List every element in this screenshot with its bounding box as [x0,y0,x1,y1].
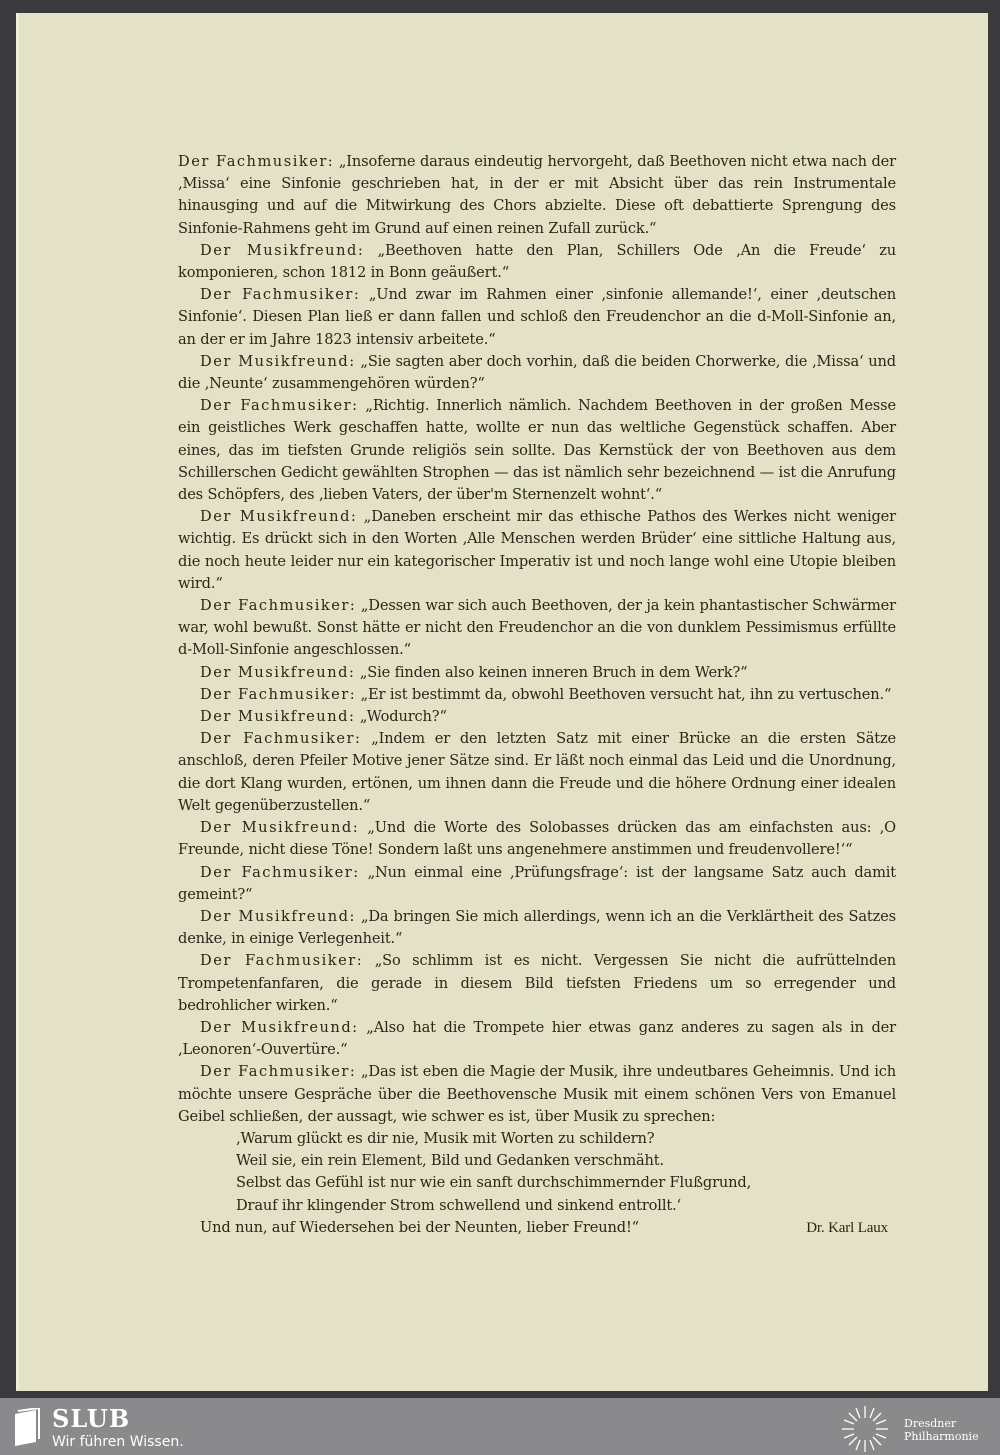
closing-text: Und nun, auf Wiedersehen bei der Neunten… [200,1217,639,1239]
speaker-label: Der Fachmusiker: [200,597,356,614]
speaker-label: Der Fachmusiker: [200,1063,356,1080]
paragraph-text: „Wodurch?“ [355,708,446,725]
speaker-label: Der Musikfreund: [200,708,355,725]
speaker-label: Der Fachmusiker: [200,686,356,703]
paragraph: Der Musikfreund: „Daneben erscheint mir … [178,506,896,595]
speaker-label: Der Musikfreund: [200,908,356,925]
speaker-label: Der Musikfreund: [200,242,364,259]
paragraph: Der Fachmusiker: „So schlimm ist es nich… [178,950,896,1017]
slub-logo-text: SLUB [52,1404,130,1433]
paragraph: Der Fachmusiker: „Und zwar im Rahmen ein… [178,284,896,351]
dresdner-philharmonie-sun-icon [840,1404,890,1454]
speaker-label: Der Fachmusiker: [200,730,361,747]
footer-band: SLUB Wir führen Wissen. Dresdner Philhar… [0,1398,1000,1455]
speaker-label: Der Fachmusiker: [178,153,334,170]
paragraph: Der Musikfreund: „Beethoven hatte den Pl… [178,240,896,284]
speaker-label: Der Fachmusiker: [200,864,360,881]
author-signature: Dr. Karl Laux [806,1217,888,1239]
paragraph: Der Musikfreund: „Sie finden also keinen… [178,662,896,684]
brand-line-1: Dresdner [904,1417,979,1430]
verse-line: Drauf ihr klingender Strom schwellend un… [178,1195,896,1217]
speaker-label: Der Musikfreund: [200,353,356,370]
paragraph: Der Musikfreund: „Wodurch?“ [178,706,896,728]
paragraph: Der Fachmusiker: „Das ist eben die Magie… [178,1061,896,1128]
scanned-page: Der Fachmusiker: „Insoferne daraus einde… [16,13,988,1391]
speaker-label: Der Fachmusiker: [200,286,360,303]
paragraph: Der Musikfreund: „Sie sagten aber doch v… [178,351,896,395]
verse-line: ‚Warum glückt es dir nie, Musik mit Wort… [178,1128,896,1150]
verse-line: Selbst das Gefühl ist nur wie ein sanft … [178,1172,896,1194]
paragraph: Der Fachmusiker: „Er ist bestimmt da, ob… [178,684,896,706]
speaker-label: Der Musikfreund: [200,508,357,525]
paragraph: Der Fachmusiker: „Nun einmal eine ‚Prüfu… [178,862,896,906]
verse-line: Weil sie, ein rein Element, Bild und Ged… [178,1150,896,1172]
speaker-label: Der Fachmusiker: [200,952,363,969]
paragraph: Der Musikfreund: „Da bringen Sie mich al… [178,906,896,950]
paragraph-text: „Er ist bestimmt da, obwohl Beethoven ve… [356,686,891,703]
paragraph: Der Musikfreund: „Also hat die Trompete … [178,1017,896,1061]
speaker-label: Der Musikfreund: [200,664,355,681]
paragraph: Der Fachmusiker: „Dessen war sich auch B… [178,595,896,662]
slub-book-icon [12,1408,42,1448]
speaker-label: Der Musikfreund: [200,819,359,836]
paragraph: Der Fachmusiker: „Indem er den letzten S… [178,728,896,817]
speaker-label: Der Musikfreund: [200,1019,359,1036]
slub-tagline: Wir führen Wissen. [52,1434,184,1450]
paragraph: Der Musikfreund: „Und die Worte des Solo… [178,817,896,861]
paragraph: Der Fachmusiker: „Insoferne daraus einde… [178,151,896,240]
speaker-label: Der Fachmusiker: [200,397,359,414]
paragraph-text: „Sie finden also keinen inneren Bruch in… [355,664,747,681]
closing-line: Und nun, auf Wiedersehen bei der Neunten… [178,1217,896,1239]
dresdner-philharmonie-logo-text: Dresdner Philharmonie [904,1417,979,1443]
brand-line-2: Philharmonie [904,1430,979,1443]
dialogue-text: Der Fachmusiker: „Insoferne daraus einde… [178,151,896,1239]
paragraph: Der Fachmusiker: „Richtig. Innerlich näm… [178,395,896,506]
